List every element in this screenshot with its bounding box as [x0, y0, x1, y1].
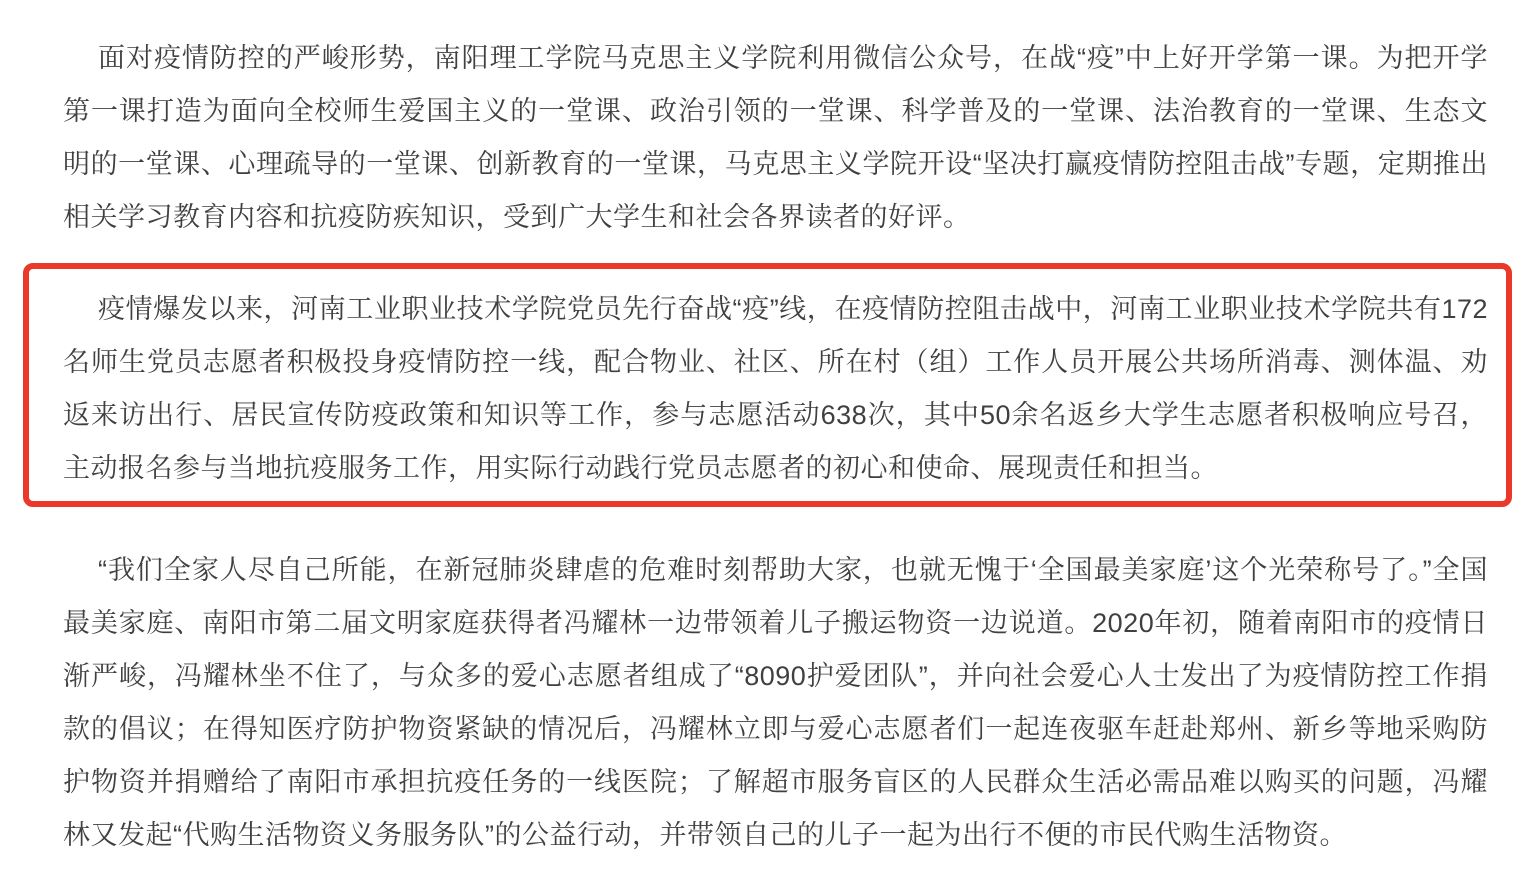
- paragraph-highlighted-volunteers: 疫情爆发以来，河南工业职业技术学院党员先行奋战“疫”线，在疫情防控阻击战中，河南…: [63, 283, 1488, 495]
- article-content: 面对疫情防控的严峻形势，南阳理工学院马克思主义学院利用微信公众号，在战“疫”中上…: [0, 0, 1530, 862]
- paragraph-family-story: “我们全家人尽自己所能，在新冠肺炎肆虐的危难时刻帮助大家，也就无愧于‘全国最美家…: [63, 544, 1488, 862]
- red-highlight-box: 疫情爆发以来，河南工业职业技术学院党员先行奋战“疫”线，在疫情防控阻击战中，河南…: [23, 263, 1512, 507]
- article-page: 面对疫情防控的严峻形势，南阳理工学院马克思主义学院利用微信公众号，在战“疫”中上…: [0, 0, 1530, 872]
- paragraph-opening-first-class: 面对疫情防控的严峻形势，南阳理工学院马克思主义学院利用微信公众号，在战“疫”中上…: [63, 32, 1488, 244]
